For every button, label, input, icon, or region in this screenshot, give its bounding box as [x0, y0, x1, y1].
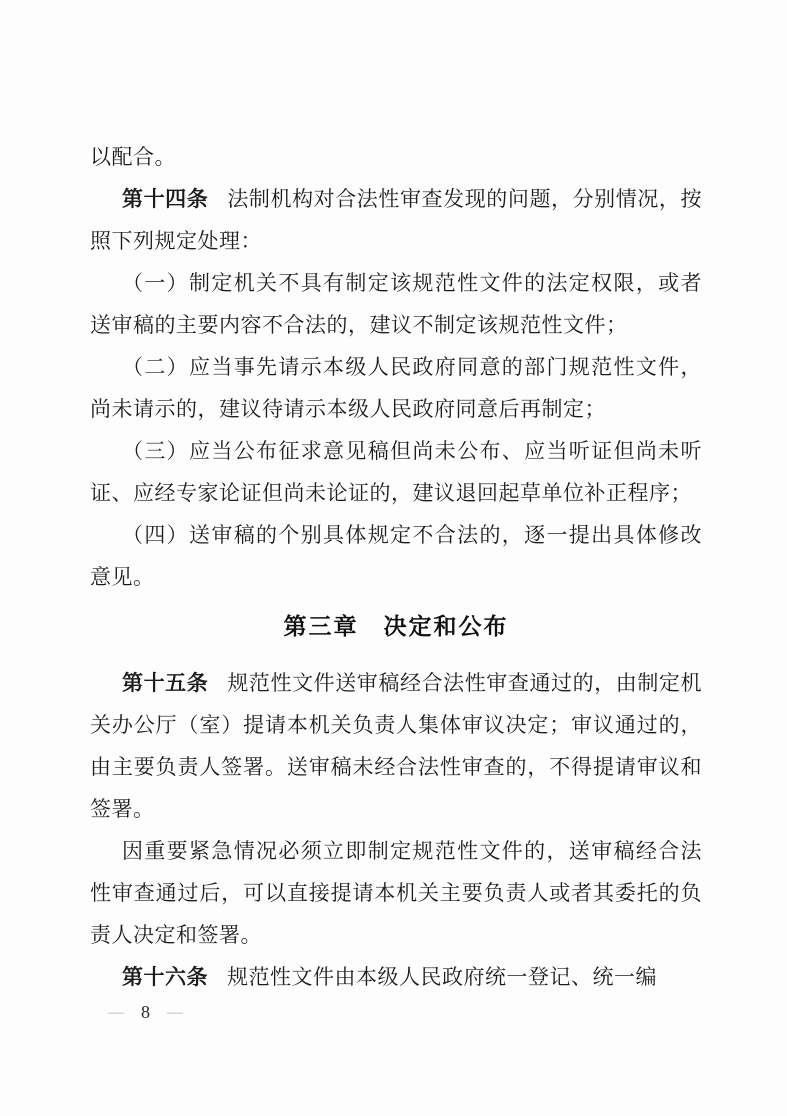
article-number: 第十四条 — [122, 187, 208, 211]
paragraph-text: 规范性文件由本级人民政府统一登记、统一编 — [227, 965, 657, 989]
paragraph-text: （三）应当公布征求意见稿但尚未公布、应当听证但尚未听证、应经专家论证但尚未论证的… — [90, 439, 702, 505]
document-body: 以配合。 第十四条法制机构对合法性审查发现的问题，分别情况，按照下列规定处理： … — [90, 136, 702, 998]
footer-dash-right: — — [167, 1004, 183, 1022]
paragraph-text: （四）送审稿的个别具体规定不合法的，逐一提出具体修改意见。 — [90, 523, 702, 589]
chapter-heading: 第三章 决定和公布 — [90, 606, 702, 648]
paragraph-text: （一）制定机关不具有制定该规范性文件的法定权限，或者送审稿的主要内容不合法的，建… — [90, 271, 702, 337]
document-page: 以配合。 第十四条法制机构对合法性审查发现的问题，分别情况，按照下列规定处理： … — [0, 0, 787, 1116]
page-number: 8 — [141, 1002, 150, 1023]
paragraph-article-15-supplement: 因重要紧急情况必须立即制定规范性文件的，送审稿经合法性审查通过后，可以直接提请本… — [90, 830, 702, 956]
paragraph-item-4: （四）送审稿的个别具体规定不合法的，逐一提出具体修改意见。 — [90, 514, 702, 598]
footer-dash-left: — — [108, 1004, 124, 1022]
paragraph-item-3: （三）应当公布征求意见稿但尚未公布、应当听证但尚未听证、应经专家论证但尚未论证的… — [90, 430, 702, 514]
paragraph-text: 因重要紧急情况必须立即制定规范性文件的，送审稿经合法性审查通过后，可以直接提请本… — [90, 839, 702, 947]
page-footer: — 8 — — [108, 1002, 183, 1023]
article-number: 第十五条 — [122, 671, 208, 695]
paragraph-article-16: 第十六条规范性文件由本级人民政府统一登记、统一编 — [90, 956, 702, 998]
paragraph-continuation: 以配合。 — [90, 136, 702, 178]
paragraph-item-1: （一）制定机关不具有制定该规范性文件的法定权限，或者送审稿的主要内容不合法的，建… — [90, 262, 702, 346]
paragraph-item-2: （二）应当事先请示本级人民政府同意的部门规范性文件，尚未请示的，建议待请示本级人… — [90, 346, 702, 430]
paragraph-article-14: 第十四条法制机构对合法性审查发现的问题，分别情况，按照下列规定处理： — [90, 178, 702, 262]
article-number: 第十六条 — [122, 965, 208, 989]
paragraph-article-15: 第十五条规范性文件送审稿经合法性审查通过的，由制定机关办公厅（室）提请本机关负责… — [90, 662, 702, 830]
paragraph-text: 以配合。 — [90, 145, 176, 169]
paragraph-text: （二）应当事先请示本级人民政府同意的部门规范性文件，尚未请示的，建议待请示本级人… — [90, 355, 702, 421]
